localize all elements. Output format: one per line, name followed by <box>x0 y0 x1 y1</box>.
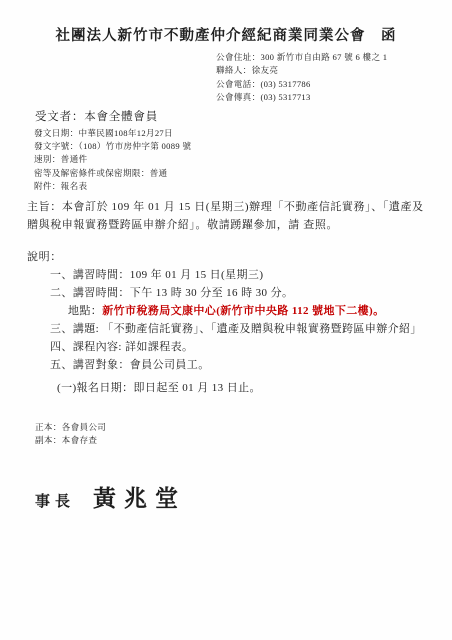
list-item-text: 講習對象：會員公司員工。 <box>73 356 432 374</box>
list-item-text: 課程內容: 詳如課程表。 <box>73 338 432 356</box>
subject-paragraph: 主旨：本會訂於 109 年 01 月 15 日(星期三)辦理「不動產信託實務」、… <box>27 198 430 235</box>
list-item-text: 講習時間：下午 13 時 30 分至 16 時 30 分。 <box>73 284 432 302</box>
location-label: 地點： <box>68 305 102 317</box>
subject-text: 本會訂於 109 年 01 月 15 日(星期三)辦理「不動產信託實務」、「遺產… <box>27 201 424 232</box>
list-item-number: 二、 <box>50 284 73 302</box>
list-item-number: 三、 <box>50 320 73 338</box>
signature-name: 黃兆堂 <box>93 480 186 513</box>
attachment-line: 附件：報名表 <box>34 180 452 193</box>
copies-block: 正本：各會員公司 副本：本會存查 <box>35 421 452 448</box>
signature-title: 事長 <box>35 490 75 511</box>
list-item-number: 一、 <box>50 266 73 284</box>
original-copy-line: 正本：各會員公司 <box>35 421 452 435</box>
association-address: 公會住址：300 新竹市自由路 67 號 6 樓之 1 <box>216 51 452 64</box>
list-item: 二、 講習時間：下午 13 時 30 分至 16 時 30 分。 <box>50 284 432 302</box>
duplicate-copy-line: 副本：本會存查 <box>35 434 452 448</box>
security-line: 密等及解密條件或保密期限：普通 <box>34 167 452 180</box>
list-item: 一、 講習時間：109 年 01 月 15 日(星期三) <box>50 266 432 284</box>
signature-block: 事長 黃兆堂 <box>35 480 452 513</box>
ref-number-line: 發文字號：（108）竹市房仲字第 0089 號 <box>34 140 452 153</box>
list-item-text: 講習時間：109 年 01 月 15 日(星期三) <box>73 266 432 284</box>
explanation-list: 一、 講習時間：109 年 01 月 15 日(星期三) 二、 講習時間：下午 … <box>50 266 432 374</box>
association-contact-block: 公會住址：300 新竹市自由路 67 號 6 樓之 1 聯絡人：徐友亮 公會電話… <box>216 51 452 105</box>
official-letter-page: 社團法人新竹市不動產仲介經紀商業同業公會 函 公會住址：300 新竹市自由路 6… <box>0 0 452 640</box>
location-highlighted-text: 新竹市稅務局文康中心(新竹市中央路 112 號地下二樓)。 <box>102 305 384 317</box>
explanation-label: 說明： <box>27 248 452 266</box>
association-phone: 公會電話：(03) 5317786 <box>216 78 452 91</box>
list-item: 四、 課程內容: 詳如課程表。 <box>50 338 432 356</box>
location-line: 地點：新竹市稅務局文康中心(新竹市中央路 112 號地下二樓)。 <box>68 302 432 320</box>
list-item-number: 四、 <box>50 338 73 356</box>
registration-deadline-line: (一)報名日期：即日起至 01 月 13 日止。 <box>57 379 432 397</box>
document-meta-block: 發文日期：中華民國108年12月27日 發文字號：（108）竹市房仲字第 008… <box>34 127 452 194</box>
recipient-line: 受文者：本會全體會員 <box>35 109 452 125</box>
list-item: 三、 講題: 「不動產信託實務」、「遺產及贈與稅申報實務暨跨區申辦介紹」 <box>50 320 432 338</box>
subject-label: 主旨： <box>27 201 62 213</box>
association-fax: 公會傳真：(03) 5317713 <box>216 91 452 104</box>
list-item: 五、 講習對象：會員公司員工。 <box>50 356 432 374</box>
issue-date-line: 發文日期：中華民國108年12月27日 <box>34 127 452 140</box>
list-item-location: 地點：新竹市稅務局文康中心(新竹市中央路 112 號地下二樓)。 <box>50 302 432 320</box>
list-item-text: 講題: 「不動產信託實務」、「遺產及贈與稅申報實務暨跨區申辦介紹」 <box>73 320 432 338</box>
document-title: 社團法人新竹市不動產仲介經紀商業同業公會 函 <box>10 26 442 46</box>
list-item-number: 五、 <box>50 356 73 374</box>
association-contact-person: 聯絡人：徐友亮 <box>216 64 452 77</box>
speed-line: 速別：普通件 <box>34 153 452 166</box>
